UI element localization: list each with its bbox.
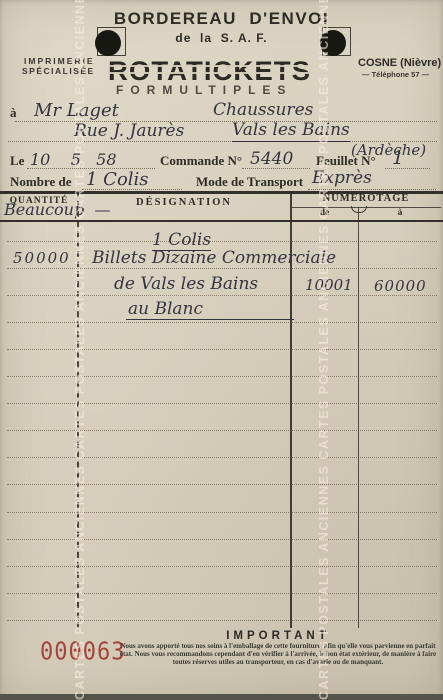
photo-edge-strip bbox=[0, 694, 443, 700]
table-row-line bbox=[7, 566, 437, 567]
watermark-strip-center: CARTES POSTALES ANCIENNES CARTES POSTALE… bbox=[317, 0, 334, 700]
table-row-line bbox=[7, 430, 437, 431]
entry-line3: au Blanc bbox=[128, 299, 203, 319]
table-row-line bbox=[7, 349, 437, 350]
table-row-line bbox=[7, 295, 437, 296]
important-title: IMPORTANT bbox=[118, 630, 438, 642]
table-row-line bbox=[7, 593, 437, 594]
table-empty-rows bbox=[0, 0, 443, 700]
entry-quantity: 50000 bbox=[13, 249, 71, 267]
table-row-line bbox=[7, 457, 437, 458]
watermark-strip-left: CARTES POSTALES ANCIENNES CARTES POSTALE… bbox=[73, 0, 90, 700]
table-row-line bbox=[7, 539, 437, 540]
bordereau-document: BORDEREAU D'ENVOI de la S. A. F. IMPRIME… bbox=[0, 0, 443, 700]
quantite-annotation: Beaucoup — bbox=[4, 200, 110, 219]
entry-line2: de Vals les Bains bbox=[114, 274, 258, 294]
table-row-line bbox=[7, 512, 437, 513]
entry-closing-rule bbox=[126, 319, 294, 320]
table-row-line bbox=[7, 403, 437, 404]
table-row-line bbox=[7, 322, 437, 323]
entry-numero-a: 60000 bbox=[374, 277, 427, 295]
table-row-line bbox=[7, 241, 437, 242]
table-row-line bbox=[7, 376, 437, 377]
important-text: Nous avons apporté tous nos soins à l'em… bbox=[118, 643, 438, 666]
entry-line1: Billets Dizaine Commerciale bbox=[92, 248, 336, 268]
table-row-line bbox=[7, 620, 437, 621]
table-row-line bbox=[7, 484, 437, 485]
